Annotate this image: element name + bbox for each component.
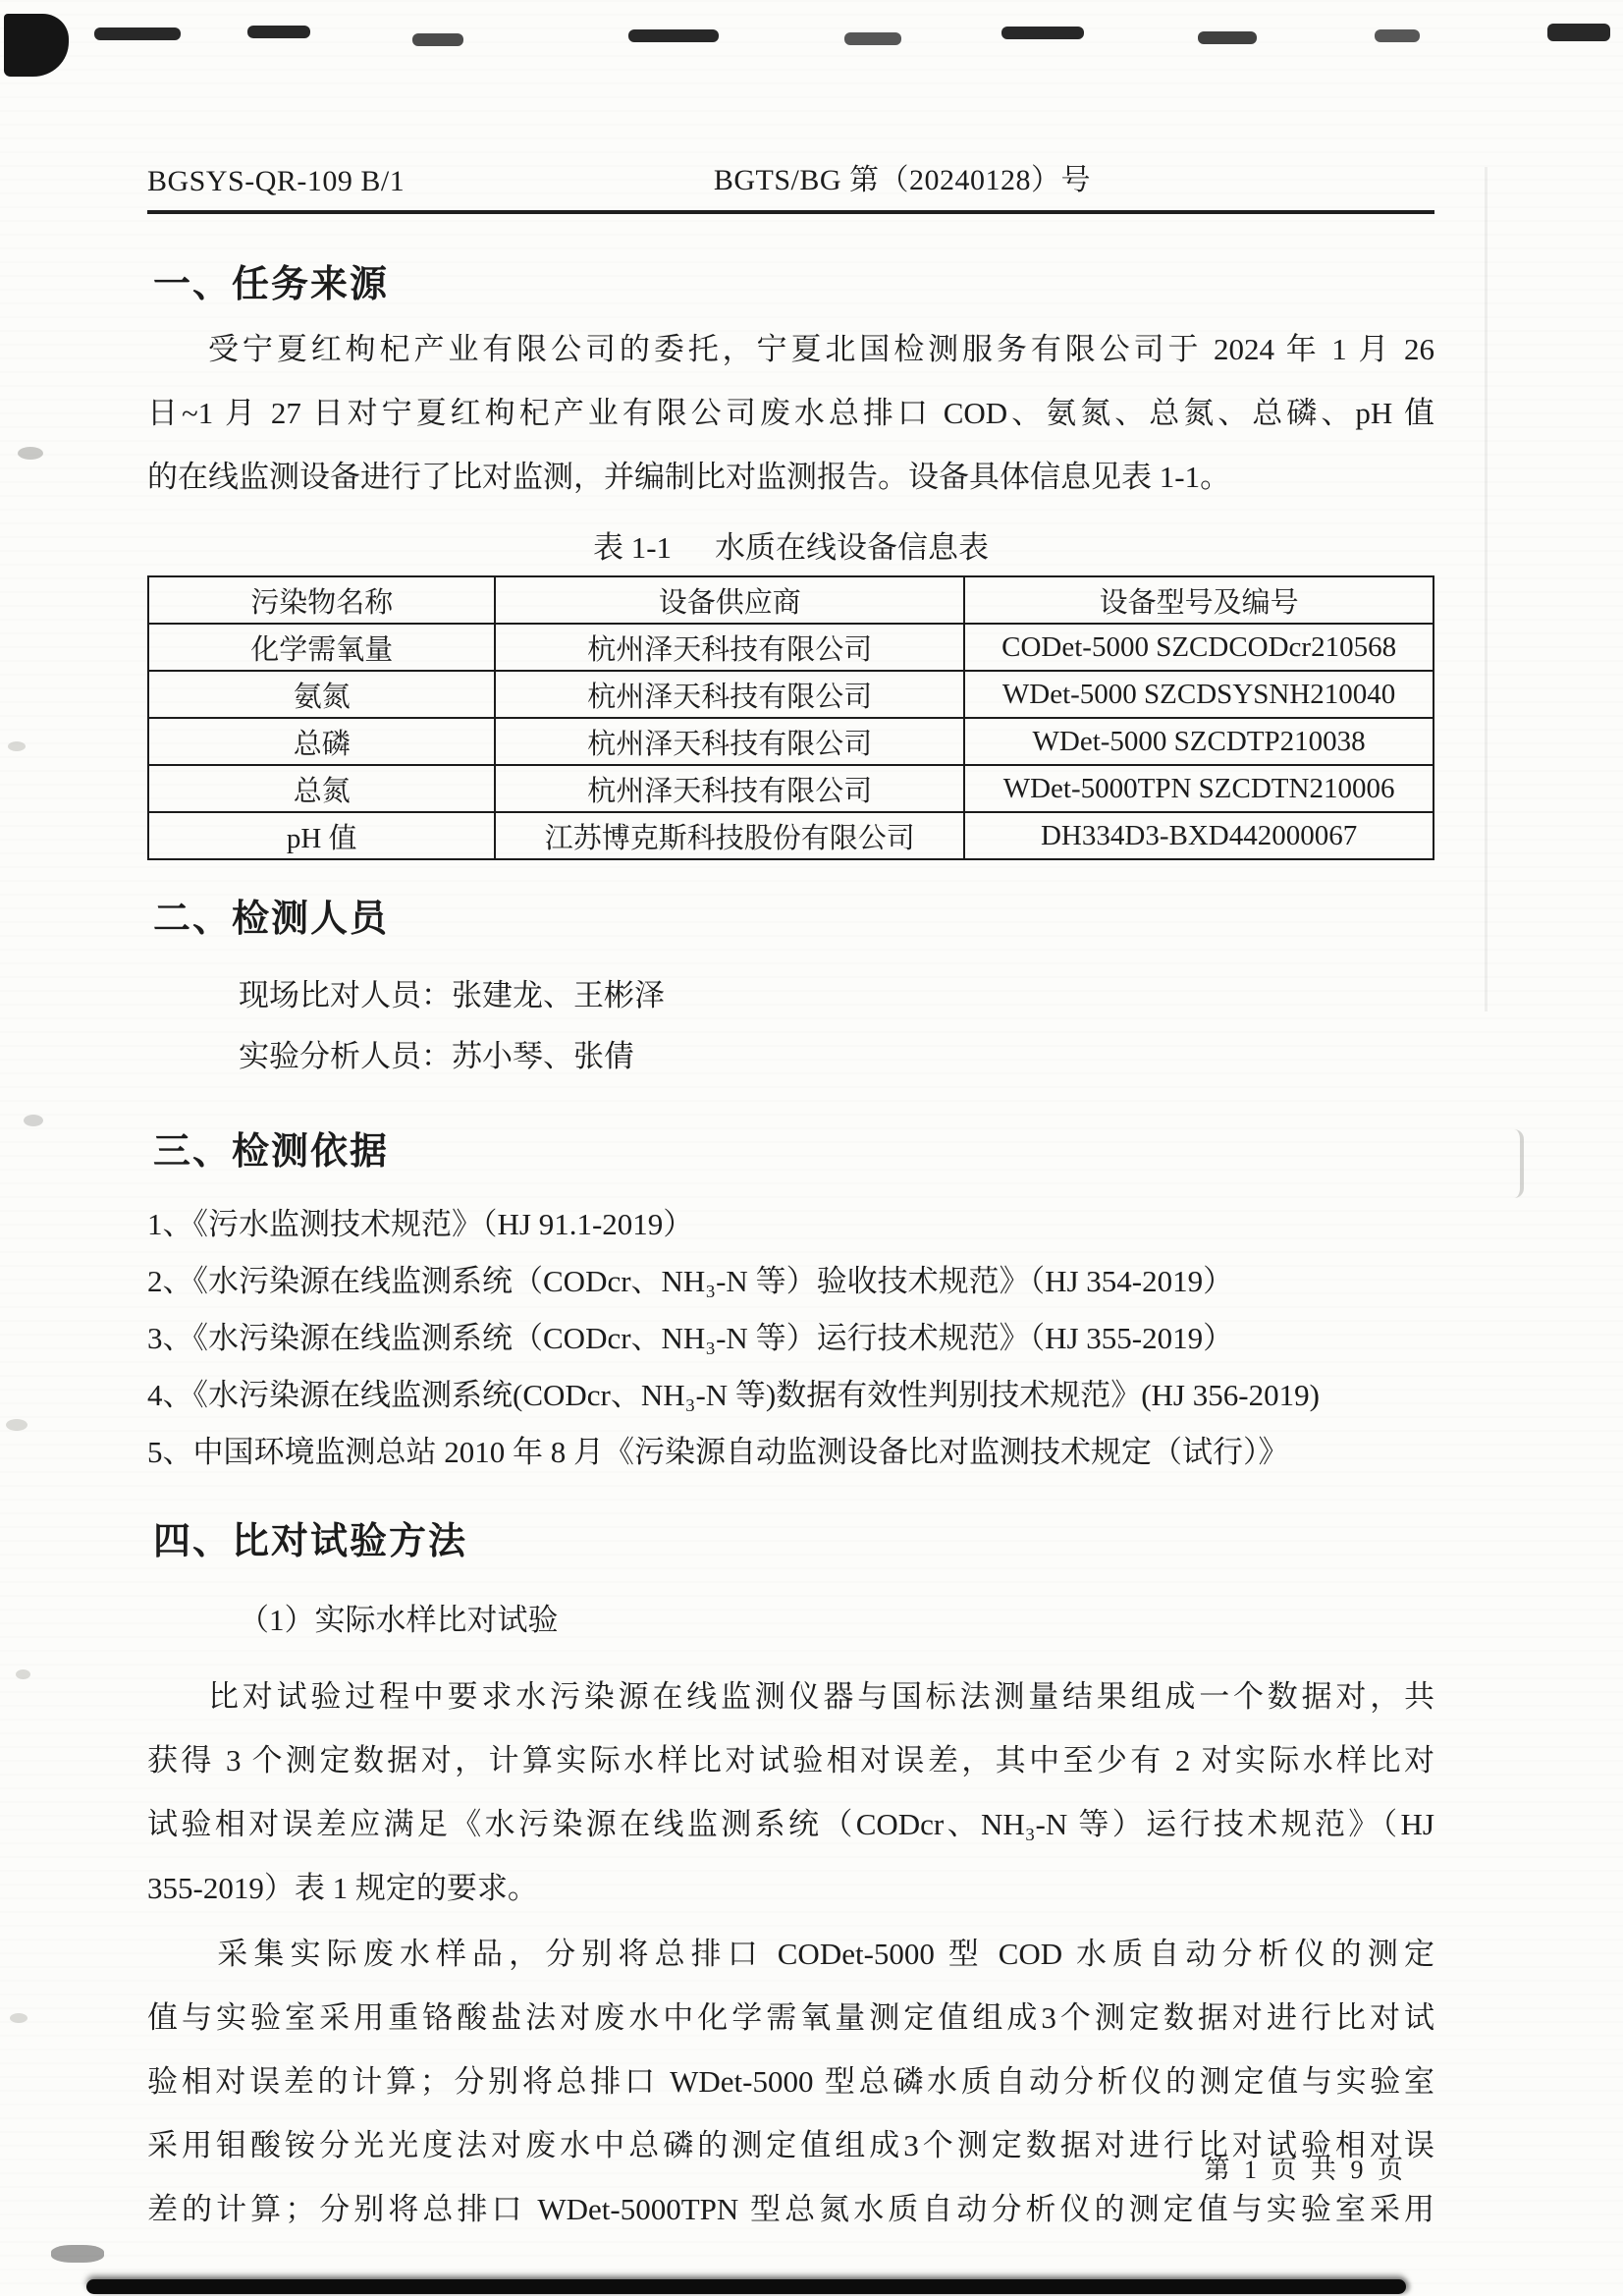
paragraph-line: 日~1 月 27 日对宁夏红枸杞产业有限公司废水总排口 COD、氨氮、总氮、总磷…: [147, 381, 1434, 445]
scan-smudge: [18, 447, 43, 460]
paragraph-line: 采集实际废水样品，分别将总排口 CODet-5000 型 COD 水质自动分析仪…: [147, 1922, 1434, 1986]
paragraph-line: 比对试验过程中要求水污染源在线监测仪器与国标法测量结果组成一个数据对，共: [147, 1665, 1434, 1728]
scan-bottom-shadow: [86, 2279, 1406, 2294]
table-row: 总氮 杭州泽天科技有限公司 WDet-5000TPN SZCDTN210006: [148, 765, 1434, 812]
section-title-personnel: 二、检测人员: [153, 888, 1434, 942]
law-reference: 2、《水污染源在线监测系统（CODcr、NH₃-N 等）验收技术规范》（HJ 3…: [147, 1253, 1434, 1310]
form-code: BGSYS-QR-109 B/1: [147, 165, 714, 198]
method-subtitle: （1）实际水样比对试验: [147, 1590, 1434, 1651]
scan-smudge: [16, 1669, 30, 1679]
table-caption: 表 1-1水质在线设备信息表: [147, 528, 1434, 568]
cell-supplier: 杭州泽天科技有限公司: [495, 765, 964, 812]
paragraph-line: 差的计算；分别将总排口 WDet-5000TPN 型总氮水质自动分析仪的测定值与…: [147, 2177, 1434, 2241]
cell-pollutant: 总磷: [148, 718, 495, 765]
paragraph-line: 试验相对误差应满足《水污染源在线监测系统（CODcr、NH₃-N 等）运行技术规…: [147, 1792, 1434, 1856]
page-number: 第 1 页 共 9 页: [1204, 2150, 1407, 2186]
method-paragraph-1: 比对试验过程中要求水污染源在线监测仪器与国标法测量结果组成一个数据对，共 获得 …: [147, 1665, 1434, 1920]
paragraph-line: 355-2019）表 1 规定的要求。: [147, 1856, 1434, 1920]
cell-model: DH334D3-BXD442000067: [964, 812, 1434, 859]
scan-smudge: [51, 2245, 104, 2263]
task-source-paragraph: 受宁夏红枸杞产业有限公司的委托，宁夏北国检测服务有限公司于 2024 年 1 月…: [147, 317, 1434, 509]
cell-supplier: 江苏博克斯科技股份有限公司: [495, 812, 964, 859]
field-comparison-personnel: 现场比对人员：张建龙、王彬泽: [147, 965, 1434, 1026]
paragraph-line: 的在线监测设备进行了比对监测，并编制比对监测报告。设备具体信息见表 1-1。: [147, 445, 1434, 509]
method-paragraph-2: 采集实际废水样品，分别将总排口 CODet-5000 型 COD 水质自动分析仪…: [147, 1922, 1434, 2241]
table-caption-label: 表 1-1: [593, 530, 672, 565]
table-row: 总磷 杭州泽天科技有限公司 WDet-5000 SZCDTP210038: [148, 718, 1434, 765]
column-header-model: 设备型号及编号: [964, 576, 1434, 624]
scan-fold-line: [1485, 167, 1488, 1011]
cell-supplier: 杭州泽天科技有限公司: [495, 671, 964, 718]
law-reference: 4、《水污染源在线监测系统(CODcr、NH₃-N 等)数据有效性判别技术规范》…: [147, 1367, 1434, 1424]
scan-edge-artifact: [1547, 24, 1610, 41]
device-info-table: 污染物名称 设备供应商 设备型号及编号 化学需氧量 杭州泽天科技有限公司 COD…: [147, 575, 1434, 860]
paragraph-line: 验相对误差的计算；分别将总排口 WDet-5000 型总磷水质自动分析仪的测定值…: [147, 2050, 1434, 2113]
cell-model: WDet-5000 SZCDTP210038: [964, 718, 1434, 765]
law-reference: 3、《水污染源在线监测系统（CODcr、NH₃-N 等）运行技术规范》（HJ 3…: [147, 1310, 1434, 1367]
section-title-task-source: 一、任务来源: [153, 253, 1434, 307]
document-content: BGSYS-QR-109 B/1 BGTS/BG 第（20240128）号 一、…: [147, 0, 1434, 2241]
cell-model: CODet-5000 SZCDCODcr210568: [964, 624, 1434, 671]
scan-brace-mark: [1506, 1129, 1524, 1198]
table-row: 化学需氧量 杭州泽天科技有限公司 CODet-5000 SZCDCODcr210…: [148, 624, 1434, 671]
scanned-report-page: BGSYS-QR-109 B/1 BGTS/BG 第（20240128）号 一、…: [0, 0, 1623, 2296]
paragraph-line: 获得 3 个测定数据对，计算实际水样比对试验相对误差，其中至少有 2 对实际水样…: [147, 1728, 1434, 1792]
cell-pollutant: 化学需氧量: [148, 624, 495, 671]
document-header: BGSYS-QR-109 B/1 BGTS/BG 第（20240128）号: [147, 155, 1434, 214]
paragraph-line: 值与实验室采用重铬酸盐法对废水中化学需氧量测定值组成3个测定数据对进行比对试: [147, 1986, 1434, 2050]
cell-model: WDet-5000TPN SZCDTN210006: [964, 765, 1434, 812]
section-title-method: 四、比对试验方法: [153, 1510, 1434, 1564]
scan-smudge: [8, 741, 26, 751]
cell-pollutant: 氨氮: [148, 671, 495, 718]
column-header-supplier: 设备供应商: [495, 576, 964, 624]
testing-basis-list: 1、《污水监测技术规范》（HJ 91.1-2019） 2、《水污染源在线监测系统…: [147, 1196, 1434, 1481]
cell-supplier: 杭州泽天科技有限公司: [495, 718, 964, 765]
cell-model: WDet-5000 SZCDSYSNH210040: [964, 671, 1434, 718]
law-reference: 5、中国环境监测总站 2010 年 8 月《污染源自动监测设备比对监测技术规定（…: [147, 1424, 1434, 1481]
law-reference: 1、《污水监测技术规范》（HJ 91.1-2019）: [147, 1196, 1434, 1253]
paragraph-line: 受宁夏红枸杞产业有限公司的委托，宁夏北国检测服务有限公司于 2024 年 1 月…: [147, 317, 1434, 381]
cell-pollutant: 总氮: [148, 765, 495, 812]
cell-supplier: 杭州泽天科技有限公司: [495, 624, 964, 671]
table-row: 氨氮 杭州泽天科技有限公司 WDet-5000 SZCDSYSNH210040: [148, 671, 1434, 718]
scan-smudge: [24, 1115, 43, 1126]
section-title-basis: 三、检测依据: [153, 1121, 1434, 1175]
cell-pollutant: pH 值: [148, 812, 495, 859]
report-number: BGTS/BG 第（20240128）号: [714, 155, 1434, 198]
scan-corner-artifact: [4, 14, 69, 77]
table-row: pH 值 江苏博克斯科技股份有限公司 DH334D3-BXD442000067: [148, 812, 1434, 859]
table-caption-text: 水质在线设备信息表: [715, 530, 989, 565]
column-header-pollutant: 污染物名称: [148, 576, 495, 624]
scan-smudge: [10, 2013, 27, 2023]
table-header-row: 污染物名称 设备供应商 设备型号及编号: [148, 576, 1434, 624]
lab-analysis-personnel: 实验分析人员：苏小琴、张倩: [147, 1026, 1434, 1087]
scan-smudge: [6, 1419, 27, 1431]
